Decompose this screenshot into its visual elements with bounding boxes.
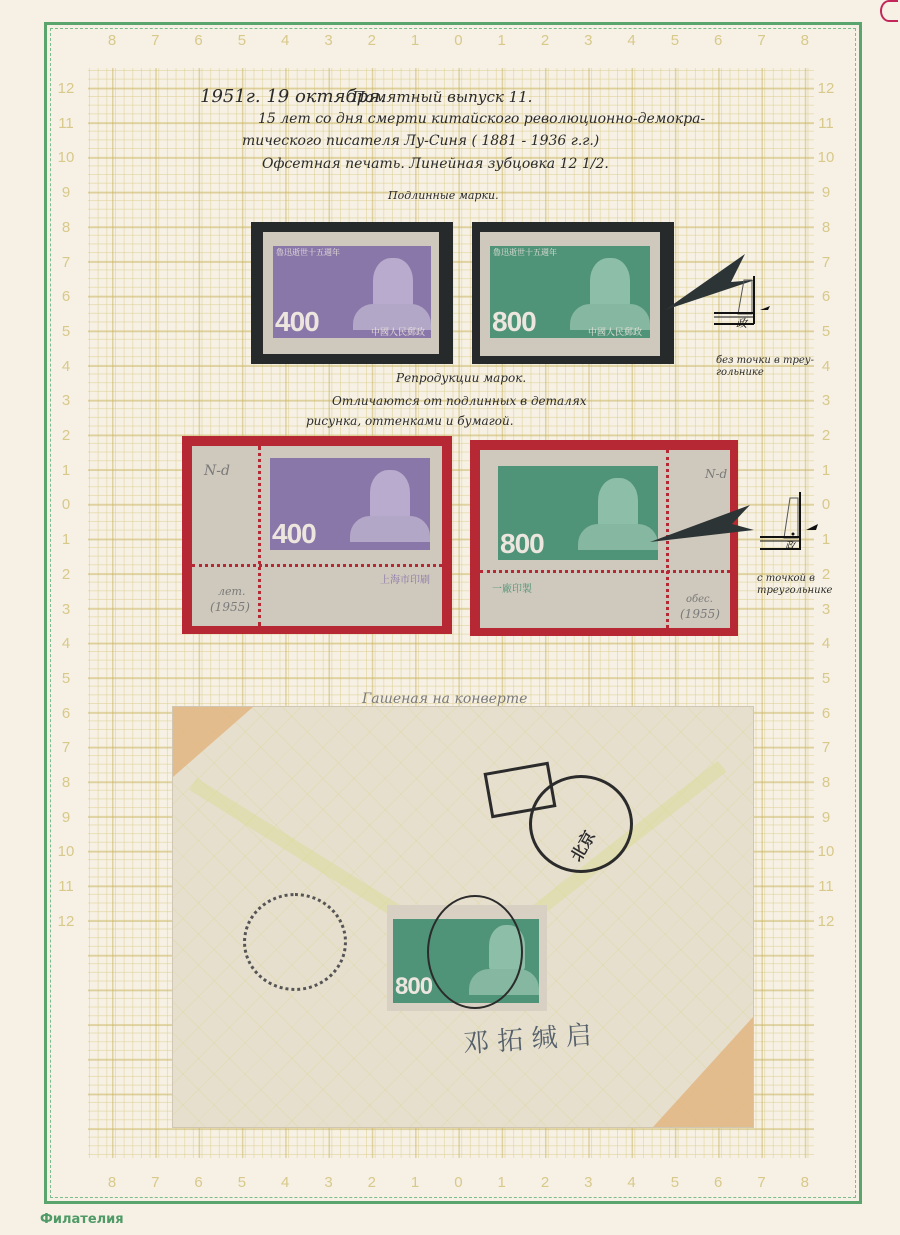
ruler-label: 0: [447, 1175, 469, 1190]
cover-handwriting: 邓 拓 缄 启: [462, 1023, 592, 1058]
ruler-label: 5: [55, 324, 77, 339]
pencil-note-top: N-d: [705, 468, 727, 480]
stamp-title: 魯迅逝世十五週年: [276, 249, 340, 257]
pencil-note-year: (1955): [210, 601, 250, 613]
denomination: 800: [500, 530, 544, 558]
pencil-note-top: N-d: [204, 464, 230, 478]
reproduction-stamp-400-mount: N-d 400 上海市印刷 лет. (1955): [182, 436, 452, 634]
cover-caption: Гашеная на конверте: [362, 692, 527, 706]
genuine-stamp-400-mount: 魯迅逝世十五週年 400 中國人民郵政: [251, 222, 453, 364]
denomination: 800: [492, 308, 536, 336]
ruler-label: 3: [815, 602, 837, 617]
ruler-label: 3: [577, 33, 599, 48]
header-line-3: тического писателя Лу-Синя ( 1881 - 1936…: [242, 134, 599, 148]
detail-glyph-genuine: 政: [736, 318, 747, 329]
ruler-label: 4: [621, 33, 643, 48]
header-line-4: Офсетная печать. Линейная зубцовка 12 1/…: [262, 157, 609, 171]
reproductions-heading: Репродукции марок.: [396, 372, 526, 384]
ruler-label: 6: [188, 1175, 210, 1190]
ruler-label: 7: [751, 33, 773, 48]
ruler-label: 5: [815, 324, 837, 339]
pencil-note-bottom: обес.: [686, 595, 713, 605]
ruler-label: 7: [815, 740, 837, 755]
ruler-label: 4: [815, 359, 837, 374]
ruler-label: 3: [55, 602, 77, 617]
postmark-beijing: 北京: [529, 775, 633, 873]
reproductions-desc-1: Отличаются от подлинных в деталях: [332, 395, 587, 407]
ruler-label: 10: [815, 844, 837, 859]
ruler-label: 11: [55, 116, 77, 131]
stamp-design: 400: [270, 458, 430, 550]
postmark-on-stamp: [427, 895, 523, 1009]
ruler-label: 6: [815, 289, 837, 304]
detail-glyph-reproduction: 政: [785, 542, 795, 552]
ruler-label: 11: [815, 116, 837, 131]
ruler-label: 9: [55, 810, 77, 825]
ruler-label: 7: [55, 255, 77, 270]
ruler-label: 4: [274, 1175, 296, 1190]
ruler-label: 5: [664, 1175, 686, 1190]
header-line-2: 15 лет со дня смерти китайского революци…: [258, 112, 705, 126]
stamp-title: 魯迅逝世十五週年: [493, 249, 557, 257]
ruler-label: 2: [55, 567, 77, 582]
portrait-shoulders: [578, 524, 658, 550]
ruler-label: 2: [361, 33, 383, 48]
pointer-arrow-icon: [650, 500, 760, 550]
hinge-tape: [653, 1017, 753, 1127]
genuine-stamp-800-mount: 魯迅逝世十五週年 800 中國人民郵政: [472, 222, 674, 364]
portrait: [373, 258, 413, 308]
pencil-note-year: (1955): [680, 608, 720, 620]
ruler-label: 7: [144, 33, 166, 48]
ruler-label: 4: [815, 636, 837, 651]
ruler-label: 5: [664, 33, 686, 48]
ruler-label: 1: [404, 33, 426, 48]
ruler-label: 3: [318, 33, 340, 48]
reproduction-detail-note: с точкой в треугольнике: [757, 573, 857, 597]
ruler-label: 12: [815, 81, 837, 96]
perforation-horizontal: [192, 564, 442, 567]
margin-imprint: 一廠印製: [492, 580, 532, 595]
ruler-label: 10: [55, 150, 77, 165]
ruler-label: 6: [55, 289, 77, 304]
ruler-label: 8: [815, 220, 837, 235]
ruler-label: 4: [55, 359, 77, 374]
ruler-label: 10: [815, 150, 837, 165]
stamp-design: 魯迅逝世十五週年 400 中國人民郵政: [273, 246, 431, 338]
ruler-label: 6: [815, 706, 837, 721]
ruler-label: 6: [188, 33, 210, 48]
ruler-label: 1: [491, 33, 513, 48]
ruler-label: 4: [55, 636, 77, 651]
ruler-label: 2: [815, 567, 837, 582]
ruler-label: 3: [318, 1175, 340, 1190]
perforation-vertical: [258, 446, 261, 626]
ruler-label: 10: [55, 844, 77, 859]
envelope: 北京 800 邓 拓 缄 启: [172, 706, 754, 1128]
ruler-label: 2: [534, 33, 556, 48]
ruler-label: 3: [55, 393, 77, 408]
denomination: 400: [272, 520, 316, 548]
ruler-label: 4: [274, 33, 296, 48]
stamp-paper: 魯迅逝世十五週年 400 中國人民郵政: [263, 232, 439, 354]
ruler-label: 5: [815, 671, 837, 686]
ruler-label: 2: [361, 1175, 383, 1190]
genuine-detail-note: без точки в треу-гольнике: [716, 355, 826, 378]
ruler-label: 7: [144, 1175, 166, 1190]
stamp-country: 中國人民郵政: [371, 328, 425, 337]
ruler-label: 12: [55, 81, 77, 96]
cover-stamp-paper: 800: [387, 905, 547, 1011]
ruler-label: 8: [55, 775, 77, 790]
genuine-heading: Подлинные марки.: [388, 190, 499, 201]
ruler-label: 12: [55, 914, 77, 929]
ruler-label: 7: [55, 740, 77, 755]
ruler-label: 8: [55, 220, 77, 235]
ruler-label: 3: [815, 393, 837, 408]
ruler-label: 8: [794, 33, 816, 48]
ruler-label: 8: [794, 1175, 816, 1190]
ruler-label: 2: [815, 428, 837, 443]
ruler-label: 1: [404, 1175, 426, 1190]
ruler-label: 5: [231, 1175, 253, 1190]
stamp-design: 800: [498, 466, 658, 560]
perforation-horizontal: [480, 570, 730, 573]
header-issue: Памятный выпуск 11.: [352, 90, 532, 105]
ruler-label: 9: [815, 185, 837, 200]
ruler-label: 8: [101, 33, 123, 48]
portrait: [370, 470, 410, 520]
stamp-paper: 魯迅逝世十五週年 800 中國人民郵政: [480, 232, 660, 356]
ruler-label: 1: [815, 463, 837, 478]
stamp-sheet-corner: N-d 400 上海市印刷 лет. (1955): [192, 446, 442, 626]
ruler-label: 9: [55, 185, 77, 200]
ruler-label: 5: [55, 671, 77, 686]
ruler-label: 7: [815, 255, 837, 270]
ruler-label: 1: [815, 532, 837, 547]
ruler-label: 8: [101, 1175, 123, 1190]
brand-label: Филателия: [40, 1212, 124, 1227]
reproductions-desc-2: рисунка, оттенками и бумагой.: [306, 415, 514, 427]
portrait-shoulders: [350, 516, 430, 542]
postmark-dotted: [243, 893, 347, 991]
ruler-label: 3: [577, 1175, 599, 1190]
ruler-label: 5: [231, 33, 253, 48]
corner-mark: [880, 0, 898, 22]
ruler-label: 7: [751, 1175, 773, 1190]
denomination: 800: [395, 975, 432, 999]
denomination: 400: [275, 308, 319, 336]
ruler-label: 6: [707, 1175, 729, 1190]
ruler-label: 1: [55, 532, 77, 547]
ruler-label: 0: [447, 33, 469, 48]
ruler-label: 8: [815, 775, 837, 790]
ruler-label: 1: [55, 463, 77, 478]
portrait: [590, 258, 630, 308]
portrait: [598, 478, 638, 528]
ruler-label: 6: [707, 33, 729, 48]
ruler-label: 1: [491, 1175, 513, 1190]
ruler-label: 9: [815, 810, 837, 825]
ruler-label: 2: [55, 428, 77, 443]
ruler-label: 12: [815, 914, 837, 929]
ruler-label: 6: [55, 706, 77, 721]
postmark-city: 北京: [564, 826, 600, 865]
ruler-label: 4: [621, 1175, 643, 1190]
ruler-label: 0: [55, 497, 77, 512]
stamp-country: 中國人民郵政: [588, 328, 642, 337]
stamp-design: 魯迅逝世十五週年 800 中國人民郵政: [490, 246, 650, 338]
hinge-tape: [173, 707, 253, 777]
ruler-label: 0: [815, 497, 837, 512]
ruler-label: 11: [815, 879, 837, 894]
margin-imprint: 上海市印刷: [380, 571, 430, 586]
ruler-label: 2: [534, 1175, 556, 1190]
pencil-note-bottom: лет.: [218, 586, 245, 597]
ruler-label: 11: [55, 879, 77, 894]
